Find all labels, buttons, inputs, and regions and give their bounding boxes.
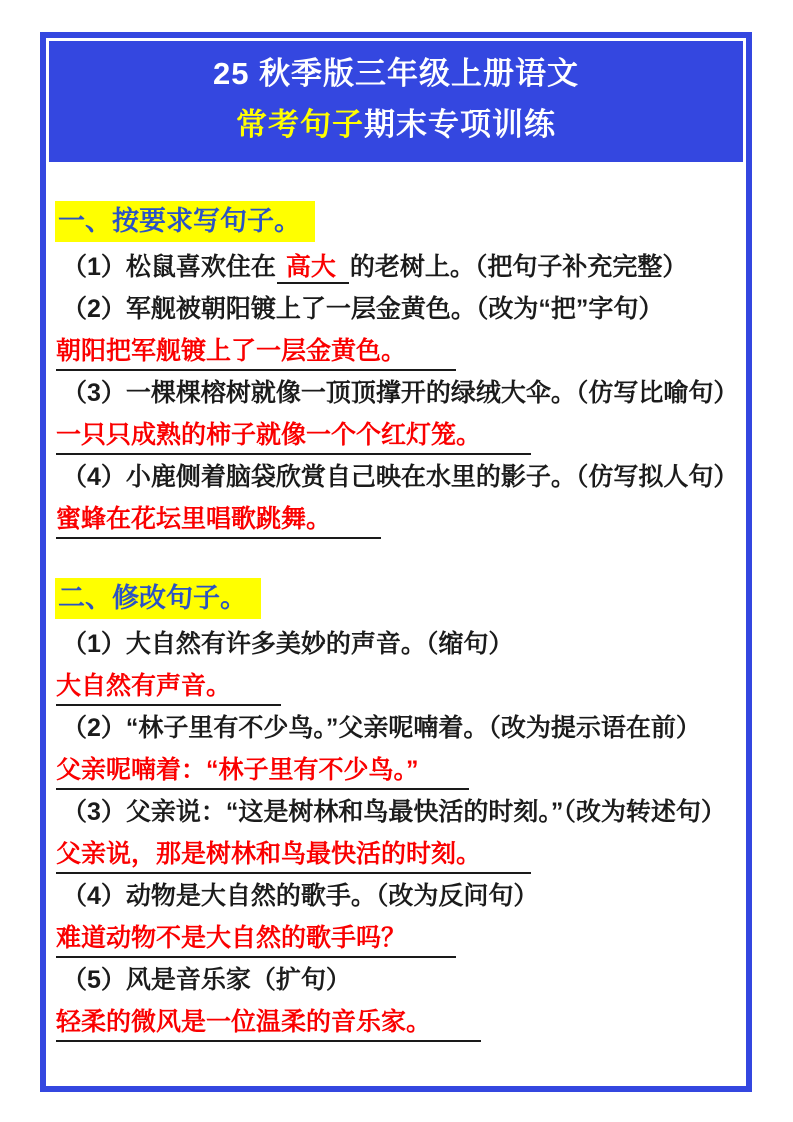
answer-2-2: 父亲呢喃着：“林子里有不少鸟。” <box>55 749 736 791</box>
answer-2-2-text: 父亲呢喃着：“林子里有不少鸟。” <box>56 752 469 790</box>
header-title-line2: 常考句子期末专项训练 <box>49 107 743 143</box>
question-2-3: （3）父亲说：“这是树林和鸟最快活的时刻。”（改为转述句） <box>55 791 736 833</box>
section-1: 一、按要求写句子。 （1）松鼠喜欢住在高大的老树上。（把句子补充完整） （2）军… <box>55 201 736 540</box>
header-title-line1: 25 秋季版三年级上册语文 <box>49 56 743 92</box>
answer-1-2: 朝阳把军舰镀上了一层金黄色。 <box>55 330 736 372</box>
answer-1-4: 蜜蜂在花坛里唱歌跳舞。 <box>55 498 736 540</box>
answer-1-3: 一只只成熟的柿子就像一个个红灯笼。 <box>55 414 736 456</box>
question-1-3: （3）一棵棵榕树就像一顶顶撑开的绿绒大伞。（仿写比喻句） <box>55 372 736 414</box>
answer-1-4-text: 蜜蜂在花坛里唱歌跳舞。 <box>56 501 381 539</box>
section-2-title: 二、修改句子。 <box>55 578 261 619</box>
section-2: 二、修改句子。 （1）大自然有许多美妙的声音。（缩句） 大自然有声音。 （2）“… <box>55 578 736 1043</box>
question-1-2: （2）军舰被朝阳镀上了一层金黄色。（改为“把”字句） <box>55 288 736 330</box>
worksheet-header: 25 秋季版三年级上册语文 常考句子期末专项训练 <box>49 41 743 162</box>
answer-2-3-text: 父亲说，那是树林和鸟最快活的时刻。 <box>56 836 531 874</box>
answer-2-4-text: 难道动物不是大自然的歌手吗？ <box>56 920 456 958</box>
question-2-1: （1）大自然有许多美妙的声音。（缩句） <box>55 623 736 665</box>
question-2-2: （2）“林子里有不少鸟。”父亲呢喃着。（改为提示语在前） <box>55 707 736 749</box>
fill-blank-answer: 高大 <box>277 252 349 284</box>
answer-2-3: 父亲说，那是树林和鸟最快活的时刻。 <box>55 833 736 875</box>
question-1-1: （1）松鼠喜欢住在高大的老树上。（把句子补充完整） <box>55 246 736 288</box>
answer-2-1-text: 大自然有声音。 <box>56 668 281 706</box>
section-1-title: 一、按要求写句子。 <box>55 201 315 242</box>
answer-2-5-text: 轻柔的微风是一位温柔的音乐家。 <box>56 1004 481 1042</box>
answer-2-5: 轻柔的微风是一位温柔的音乐家。 <box>55 1001 736 1043</box>
header-title-highlight: 常考句子 <box>236 107 364 142</box>
question-1-1-suffix: 的老树上。（把句子补充完整） <box>350 253 688 281</box>
answer-1-2-text: 朝阳把军舰镀上了一层金黄色。 <box>56 333 456 371</box>
question-2-5: （5）风是音乐家（扩句） <box>55 959 736 1001</box>
question-2-4: （4）动物是大自然的歌手。（改为反问句） <box>55 875 736 917</box>
answer-2-4: 难道动物不是大自然的歌手吗？ <box>55 917 736 959</box>
answer-1-3-text: 一只只成熟的柿子就像一个个红灯笼。 <box>56 417 531 455</box>
answer-2-1: 大自然有声音。 <box>55 665 736 707</box>
header-title-rest: 期末专项训练 <box>364 107 556 142</box>
question-1-4: （4）小鹿侧着脑袋欣赏自己映在水里的影子。（仿写拟人句） <box>55 456 736 498</box>
question-1-1-prefix: （1）松鼠喜欢住在 <box>62 253 276 281</box>
worksheet-frame: 25 秋季版三年级上册语文 常考句子期末专项训练 一、按要求写句子。 （1）松鼠… <box>40 32 752 1092</box>
worksheet-body: 一、按要求写句子。 （1）松鼠喜欢住在高大的老树上。（把句子补充完整） （2）军… <box>46 165 746 1043</box>
